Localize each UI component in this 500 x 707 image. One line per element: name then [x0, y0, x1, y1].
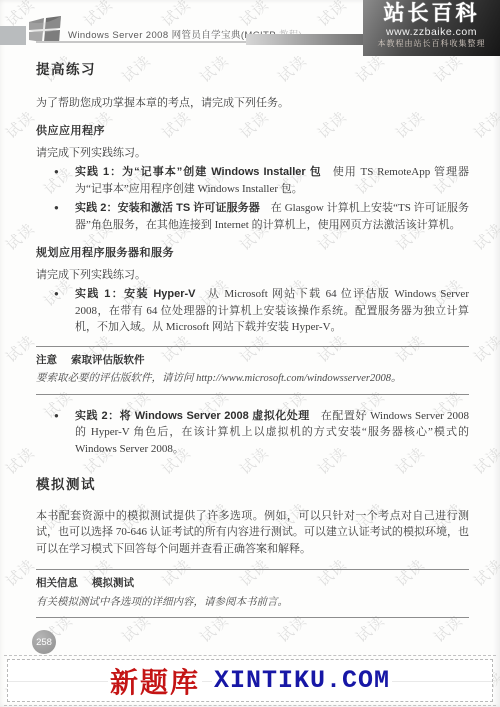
section-heading-mock-test: 模拟测试 — [36, 477, 469, 494]
practice-list-1: ● 实践 1：为“记事本”创建 Windows Installer 包使用 TS… — [36, 164, 469, 233]
book-title-main: Windows Server 2008 网管员自学宝典(MCITP — [68, 30, 276, 41]
note-heading: 注意索取评估版软件 — [36, 352, 469, 369]
watermark-stamp: 试读 — [469, 106, 500, 143]
scanned-book-page: 试读试读试读试读试读试读试读试读试读试读试读试读试读试读试读试读试读试读试读试读… — [0, 0, 500, 707]
practice-title: 实践 1：安装 Hyper-V — [75, 288, 196, 300]
watermark-stamp: 试读 — [469, 218, 500, 255]
lead-text: 请完成下列实践练习。 — [36, 145, 469, 162]
practice-list-3: ● 实践 2：将 Windows Server 2008 虚拟化处理在配置好 W… — [36, 408, 469, 458]
subheading-plan-servers: 规划应用程序服务器和服务 — [36, 245, 469, 262]
windows-flag-icon — [27, 16, 63, 44]
page-header: Windows Server 2008 网管员自学宝典(MCITP 教程) 站长… — [0, 0, 500, 56]
watermark-stamp: 试读 — [469, 442, 500, 479]
watermark-stamp: 试读 — [1, 106, 39, 143]
practice-title: 实践 2：安装和激活 TS 许可证服务器 — [75, 202, 260, 214]
watermark-stamp: 试读 — [1, 330, 39, 367]
note-title: 索取评估版软件 — [71, 354, 145, 366]
practice-title: 实践 2：将 Windows Server 2008 虚拟化处理 — [75, 410, 310, 422]
section-heading-practice: 提高练习 — [36, 62, 469, 79]
note-box-related-info: 相关信息模拟测试 有关模拟测试中各选项的详细内容，请参阅本书前言。 — [36, 569, 469, 618]
lead-text: 请完成下列实践练习。 — [36, 267, 469, 284]
banner-site-name[interactable]: 新题库 — [108, 661, 202, 701]
note-box-evaluation-software: 注意索取评估版软件 要索取必要的评估版软件，请访问 http://www.mic… — [36, 346, 469, 395]
note-body: 要索取必要的评估版软件，请访问 http://www.microsoft.com… — [36, 371, 469, 388]
practice-title: 实践 1：为“记事本”创建 Windows Installer 包 — [75, 166, 322, 178]
note-title: 模拟测试 — [92, 577, 134, 589]
zzbaike-tagline: 本教程由站长百科收集整理 — [363, 38, 500, 49]
watermark-stamp: 试读 — [1, 554, 39, 591]
header-rule — [36, 41, 246, 43]
bullet-icon: ● — [54, 164, 59, 181]
note-body: 有关模拟测试中各选项的详细内容，请参阅本书前言。 — [36, 595, 469, 612]
bullet-icon: ● — [54, 408, 59, 425]
bullet-icon: ● — [54, 200, 59, 217]
page-number-badge: 258 — [32, 630, 56, 654]
note-label: 注意 — [36, 354, 57, 366]
note-label: 相关信息 — [36, 577, 78, 589]
header-gradient-band — [246, 34, 364, 45]
note-heading: 相关信息模拟测试 — [36, 575, 469, 592]
practice-list-2: ● 实践 1：安装 Hyper-V从 Microsoft 网站下载 64 位评估… — [36, 286, 469, 336]
zzbaike-logo-block: 站长百科 www.zzbaike.com 本教程由站长百科收集整理 — [363, 0, 500, 56]
list-item: ● 实践 1：安装 Hyper-V从 Microsoft 网站下载 64 位评估… — [36, 286, 469, 336]
zzbaike-url[interactable]: www.zzbaike.com — [363, 26, 500, 38]
list-item: ● 实践 1：为“记事本”创建 Windows Installer 包使用 TS… — [36, 164, 469, 197]
list-item: ● 实践 2：安装和激活 TS 许可证服务器在 Glasgow 计算机上安装“T… — [36, 200, 469, 233]
list-item: ● 实践 2：将 Windows Server 2008 虚拟化处理在配置好 W… — [36, 408, 469, 458]
page-content: 提高练习 为了帮助您成功掌握本章的考点，请完成下列任务。 供应应用程序 请完成下… — [36, 58, 469, 631]
intro-paragraph: 为了帮助您成功掌握本章的考点，请完成下列任务。 — [36, 95, 469, 112]
header-tab-block — [0, 26, 26, 45]
watermark-stamp: 试读 — [469, 554, 500, 591]
zzbaike-logo: 站长百科 — [363, 2, 500, 26]
watermark-stamp: 试读 — [1, 442, 39, 479]
xintiku-banner[interactable]: 新题库 XINTIKU.COM — [7, 659, 493, 702]
mock-test-paragraph: 本书配套资源中的模拟测试提供了许多选项。例如，可以只针对一个考点对自己进行测试，… — [36, 508, 469, 558]
banner-site-domain[interactable]: XINTIKU.COM — [212, 666, 392, 695]
watermark-stamp: 试读 — [1, 218, 39, 255]
subheading-provision-apps: 供应应用程序 — [36, 123, 469, 140]
bullet-icon: ● — [54, 286, 59, 303]
watermark-stamp: 试读 — [469, 330, 500, 367]
